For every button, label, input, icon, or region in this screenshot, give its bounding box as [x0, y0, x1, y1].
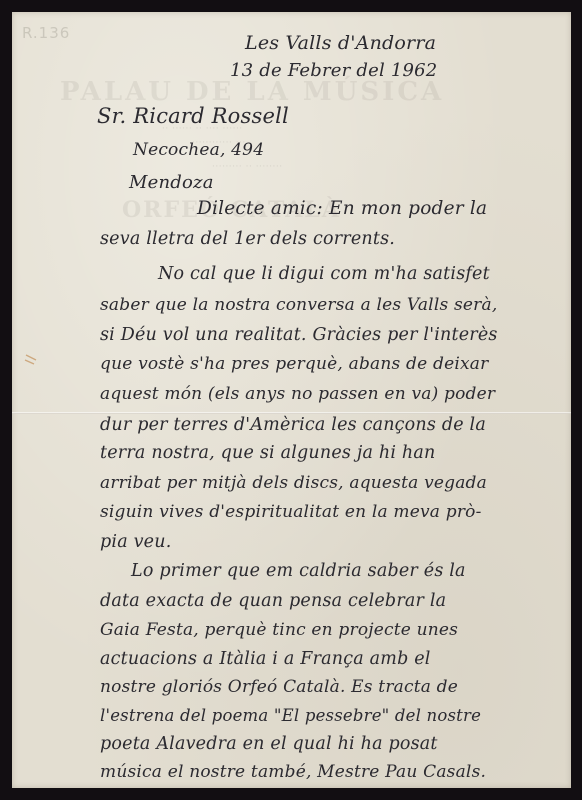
body-line: Dilecte amic: En mon poder la	[197, 198, 487, 219]
body-line: l'estrena del poema "El pessebre" del no…	[100, 706, 481, 725]
letter-page: R.136 PALAU DE LA MÚSICA ·· ······ ·· ··…	[12, 12, 571, 788]
paper-fold-line	[12, 412, 571, 414]
body-line: dur per terres d'Amèrica les cançons de …	[100, 415, 486, 435]
scan-background: R.136 PALAU DE LA MÚSICA ·· ······ ·· ··…	[0, 0, 582, 800]
body-line: que vostè s'ha pres perquè, abans de dei…	[100, 354, 488, 374]
letterhead-title-show-through: PALAU DE LA MÚSICA	[60, 77, 444, 107]
body-line: poeta Alavedra en el qual hi ha posat	[100, 734, 438, 754]
recipient-city: Mendoza	[129, 172, 214, 193]
rust-stain-mark	[24, 352, 40, 366]
body-line: seva lletra del 1er dels corrents.	[100, 229, 395, 249]
body-line: aquest món (els anys no passen en va) po…	[100, 384, 495, 404]
body-line: terra nostra, que si algunes ja hi han	[100, 443, 436, 463]
body-line: saber que la nostra conversa a les Valls…	[100, 295, 497, 315]
body-line: pia veu.	[100, 532, 171, 552]
recipient-street: Necochea, 494	[133, 140, 264, 160]
body-line: si Déu vol una realitat. Gràcies per l'i…	[100, 325, 498, 345]
letter-date: 13 de Febrer del 1962	[230, 60, 437, 81]
body-line: actuacions a Itàlia i a França amb el	[100, 649, 431, 669]
body-line: Gaia Festa, perquè tinc en projecte unes	[100, 620, 458, 640]
letter-place: Les Valls d'Andorra	[245, 32, 436, 54]
body-line: música el nostre també, Mestre Pau Casal…	[100, 762, 486, 782]
recipient-name: Sr. Ricard Rossell	[97, 104, 289, 128]
body-line: data exacta de quan pensa celebrar la	[100, 591, 446, 611]
body-line: arribat per mitjà dels discs, aquesta ve…	[100, 473, 487, 493]
body-line: No cal que li digui com m'ha satisfet	[158, 264, 490, 284]
letterhead-line: ········· ·· ········	[212, 162, 283, 172]
body-line: Lo primer que em caldria saber és la	[131, 561, 466, 581]
body-line: nostre gloriós Orfeó Català. Es tracta d…	[100, 677, 458, 697]
body-line: siguin vives d'espiritualitat en la meva…	[100, 502, 482, 522]
archive-stamp: R.136	[22, 24, 70, 42]
